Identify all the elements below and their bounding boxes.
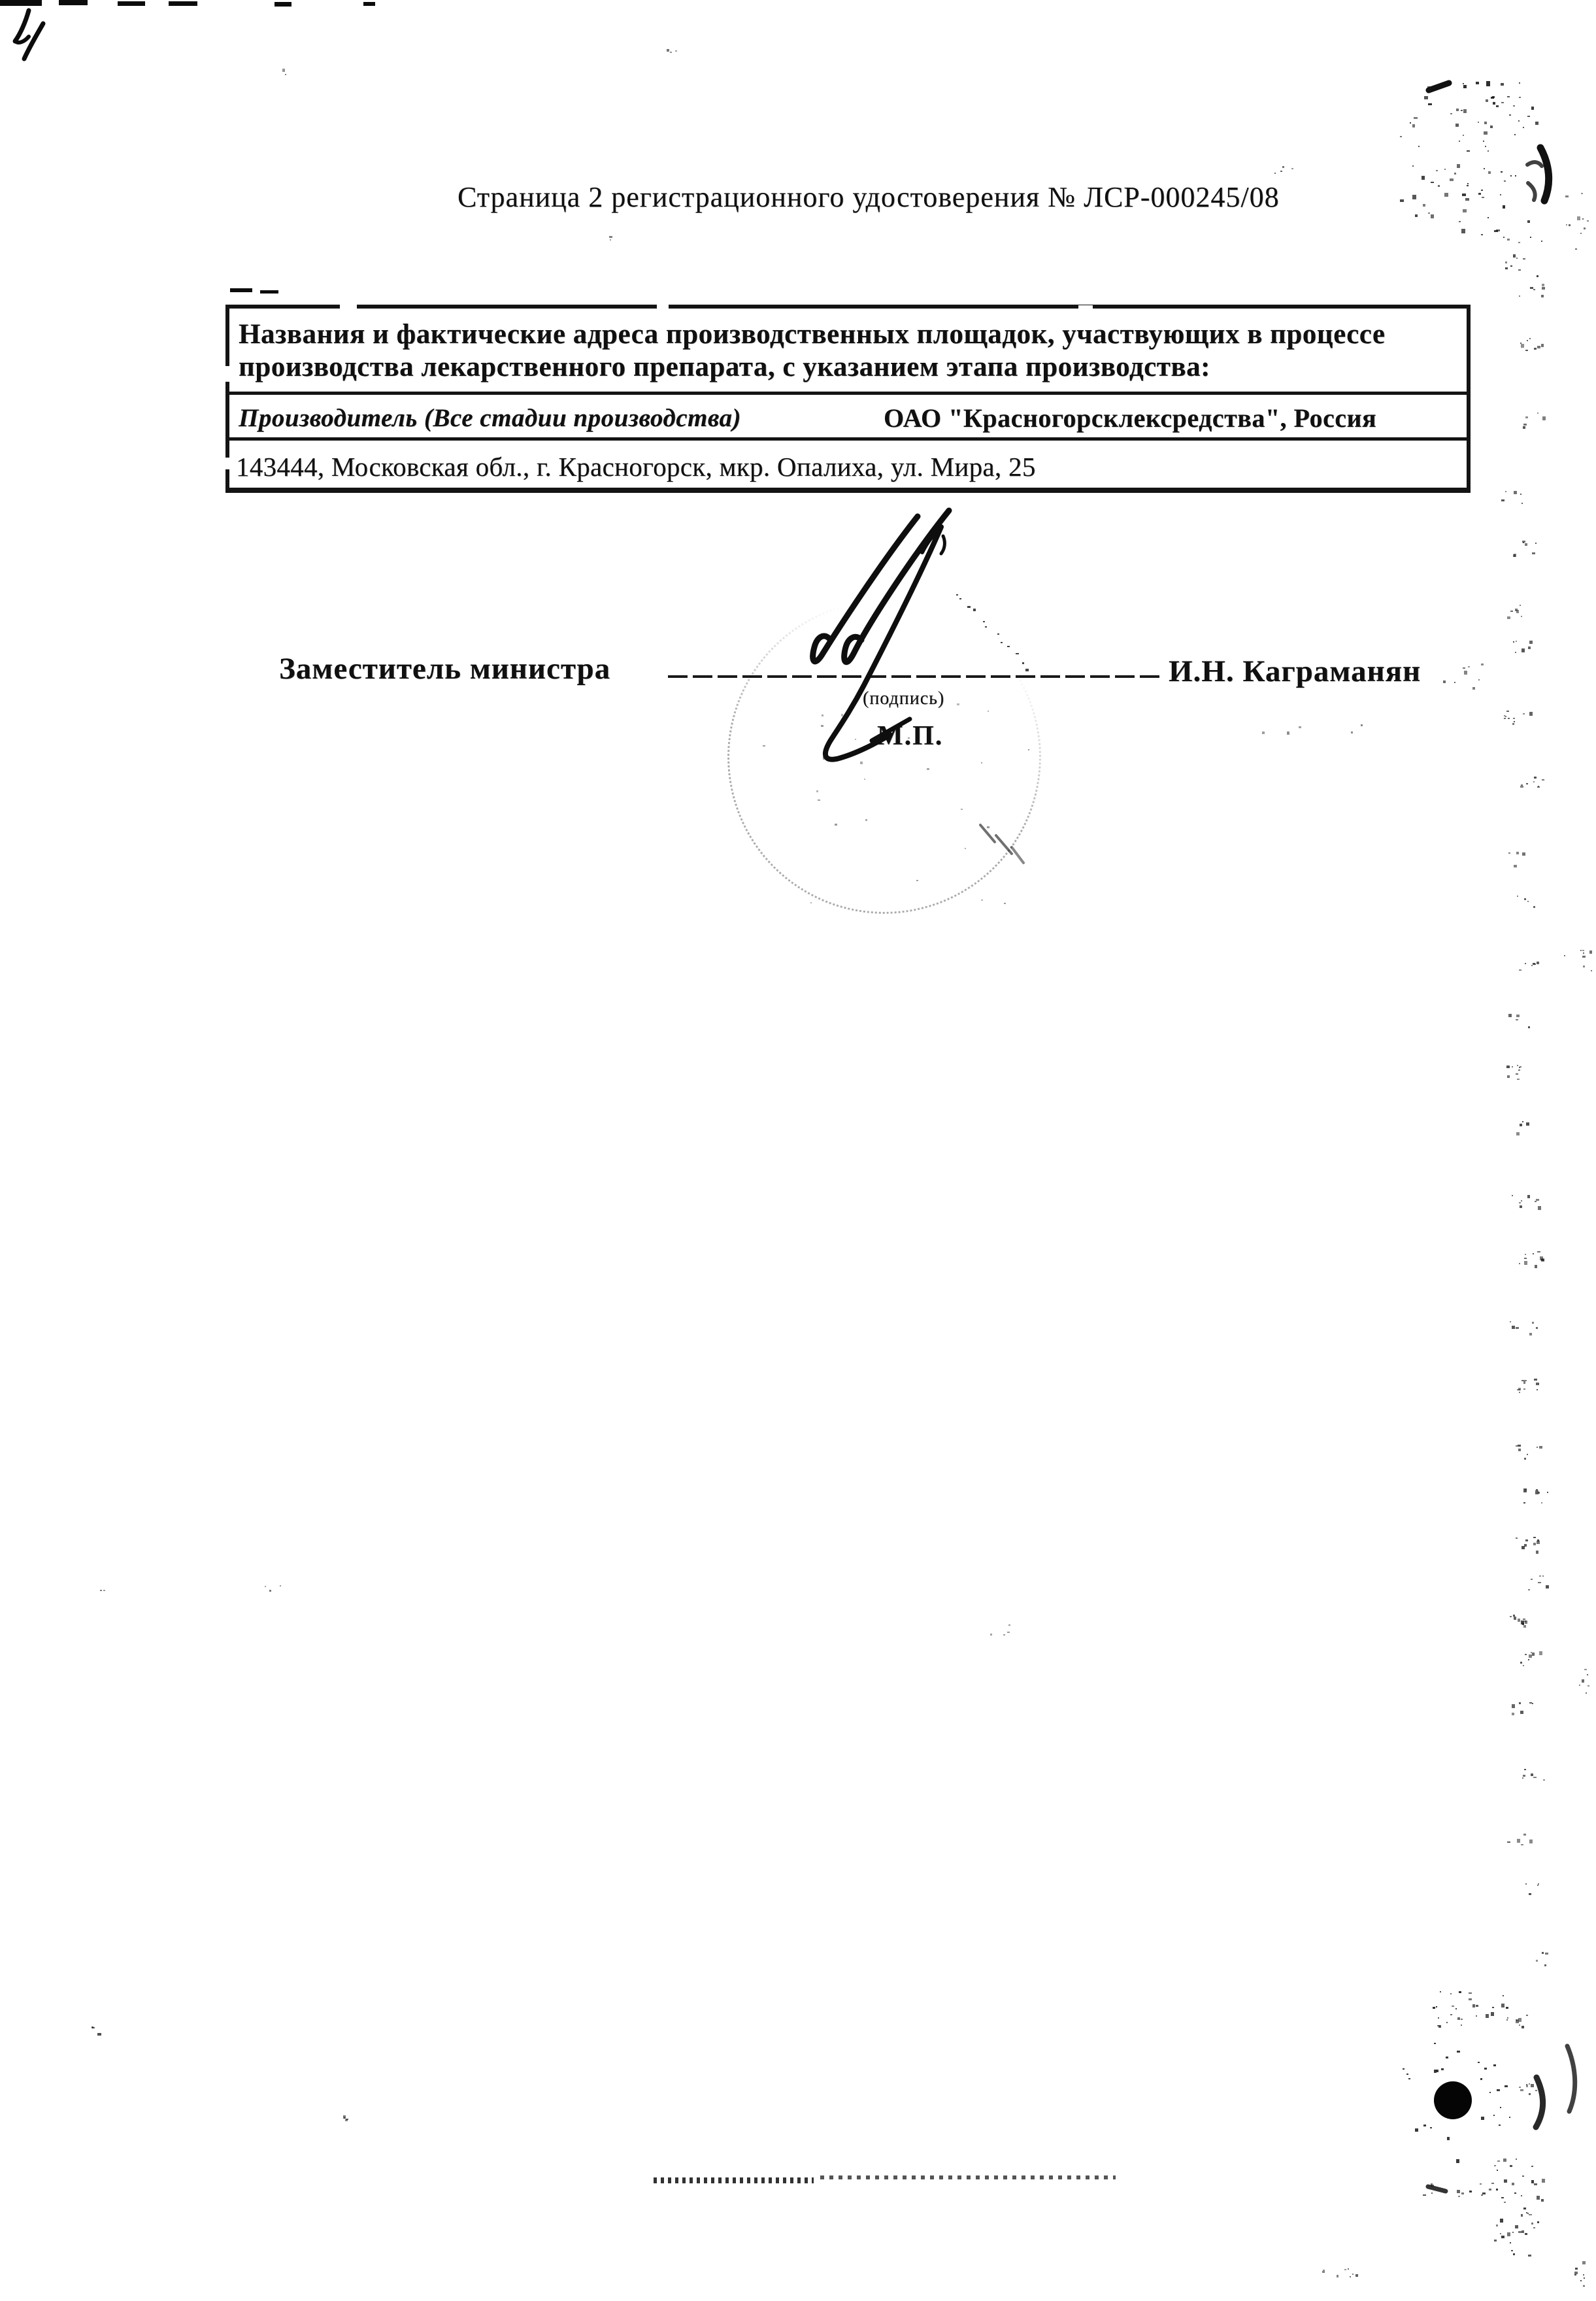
artifact-arc [1536, 2077, 1543, 2127]
artifact-dash [996, 835, 1012, 854]
scan-artifact-marks [0, 0, 1596, 2301]
artifact-dash [1527, 162, 1542, 166]
punch-hole-mark [1434, 2081, 1472, 2119]
scan-dotted-strip [654, 2177, 814, 2183]
artifact-dash [980, 825, 995, 842]
artifact-dash [1012, 847, 1023, 863]
artifact-dash [1429, 83, 1449, 90]
scan-dotted-strip [820, 2175, 1116, 2179]
artifact-arc [1540, 148, 1549, 201]
artifact-dash [1528, 183, 1535, 200]
artifact-dash [1428, 2187, 1446, 2191]
artifact-arc [1567, 2046, 1575, 2111]
scanned-certificate-page: Страница 2 регистрационного удостоверени… [0, 0, 1596, 2301]
